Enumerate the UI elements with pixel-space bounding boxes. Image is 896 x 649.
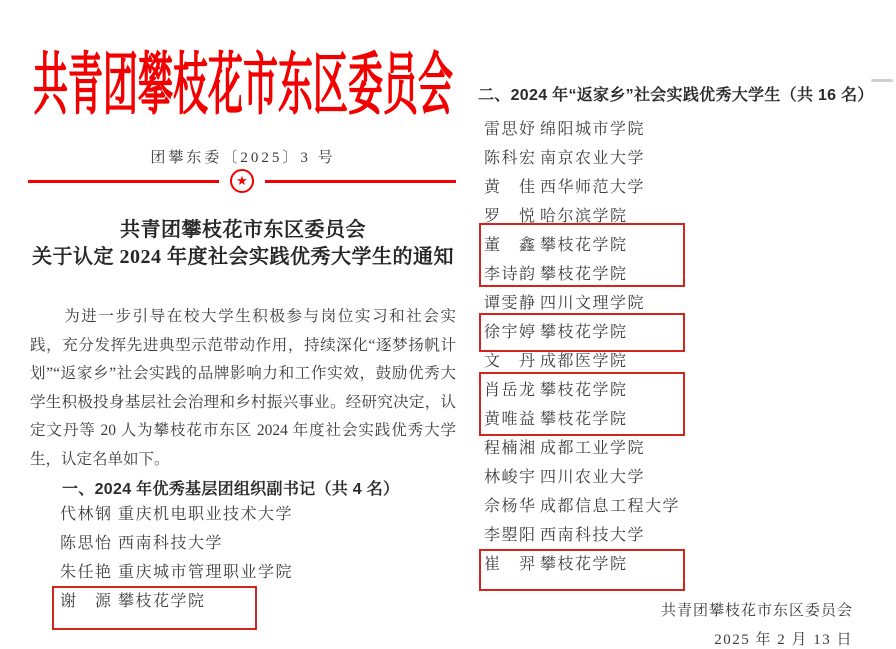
title-line-2: 关于认定 2024 年度社会实践优秀大学生的通知 xyxy=(30,244,456,271)
highlight-box xyxy=(479,372,685,436)
highlight-box xyxy=(479,549,685,591)
school-name: 西华师范大学 xyxy=(540,174,645,197)
body-line: 定文丹等 20 人为攀枝花市东区 2024 年度社会实践优秀大学 xyxy=(30,417,456,446)
list-item: 陈思怡西南科技大学 xyxy=(60,527,430,556)
signature-date: 2025 年 2 月 13 日 xyxy=(478,628,889,649)
divider-line-left xyxy=(28,180,219,183)
list-item: 林峻宇四川农业大学 xyxy=(484,461,884,490)
list-item: 陈科宏南京农业大学 xyxy=(484,142,884,171)
list-item: 程楠湘成都工业学院 xyxy=(484,432,884,461)
section1-heading: 一、2024 年优秀基层团组织副书记（共 4 名） xyxy=(62,476,399,499)
school-name: 南京农业大学 xyxy=(540,145,645,168)
document-number: 团攀东委〔2025〕3 号 xyxy=(30,146,456,167)
person-name: 朱任艳 xyxy=(60,559,118,582)
body-line: 生，认定名单如下。 xyxy=(30,446,456,475)
school-name: 重庆城市管理职业学院 xyxy=(118,559,293,582)
star-seal-icon: ★ xyxy=(230,169,254,193)
school-name: 成都信息工程大学 xyxy=(540,493,680,516)
title-line-1: 共青团攀枝花市东区委员会 xyxy=(30,217,456,244)
body-line: 为进一步引导在校大学生积极参与岗位实习和社会实 xyxy=(30,303,456,332)
school-name: 四川文理学院 xyxy=(540,290,645,313)
red-divider: ★ xyxy=(28,169,456,193)
signature-org: 共青团攀枝花市东区委员会 xyxy=(478,599,863,620)
star-glyph: ★ xyxy=(236,174,248,187)
body-line: 学生积极投身基层社会治理和乡村振兴事业。经研究决定，认 xyxy=(30,389,456,418)
school-name: 四川农业大学 xyxy=(540,464,645,487)
person-name: 林峻宇 xyxy=(484,464,540,487)
document-title: 共青团攀枝花市东区委员会 关于认定 2024 年度社会实践优秀大学生的通知 xyxy=(30,217,456,271)
document-page: 共青团攀枝花市东区委员会 团攀东委〔2025〕3 号 ★ 共青团攀枝花市东区委员… xyxy=(0,0,896,649)
person-name: 雷思妤 xyxy=(484,116,540,139)
body-line: 践，充分发挥先进典型示范带动作用，持续深化“逐梦扬帆计 xyxy=(30,332,456,361)
person-name: 程楠湘 xyxy=(484,435,540,458)
scrollbar-artifact xyxy=(871,79,893,82)
person-name: 黄 佳 xyxy=(484,174,540,197)
highlight-box xyxy=(52,586,257,630)
highlight-box xyxy=(479,313,685,352)
highlight-box xyxy=(479,223,685,287)
list-item: 雷思妤绵阳城市学院 xyxy=(484,113,884,142)
person-name: 佘杨华 xyxy=(484,493,540,516)
divider-line-right xyxy=(265,180,456,183)
list-item: 李曌阳西南科技大学 xyxy=(484,519,884,548)
person-name: 陈科宏 xyxy=(484,145,540,168)
school-name: 绵阳城市学院 xyxy=(540,116,645,139)
list-item: 佘杨华成都信息工程大学 xyxy=(484,490,884,519)
school-name: 重庆机电职业技术大学 xyxy=(118,501,293,524)
person-name: 代林钢 xyxy=(60,501,118,524)
person-name: 李曌阳 xyxy=(484,522,540,545)
list-item: 谭雯静四川文理学院 xyxy=(484,287,884,316)
person-name: 陈思怡 xyxy=(60,530,118,553)
letterhead-org-name: 共青团攀枝花市东区委员会 xyxy=(30,32,456,130)
school-name: 西南科技大学 xyxy=(540,522,645,545)
list-item: 朱任艳重庆城市管理职业学院 xyxy=(60,556,430,585)
list-item: 代林钢重庆机电职业技术大学 xyxy=(60,498,430,527)
person-name: 谭雯静 xyxy=(484,290,540,313)
section2-heading: 二、2024 年“返家乡”社会实践优秀大学生（共 16 名） xyxy=(478,82,874,105)
school-name: 西南科技大学 xyxy=(118,530,223,553)
body-line: 划”“返家乡”社会实践的品牌影响力和工作实效，鼓励优秀大 xyxy=(30,360,456,389)
body-paragraph: 为进一步引导在校大学生积极参与岗位实习和社会实践，充分发挥先进典型示范带动作用，… xyxy=(30,303,456,475)
list-item: 黄 佳西华师范大学 xyxy=(484,171,884,200)
school-name: 成都工业学院 xyxy=(540,435,645,458)
